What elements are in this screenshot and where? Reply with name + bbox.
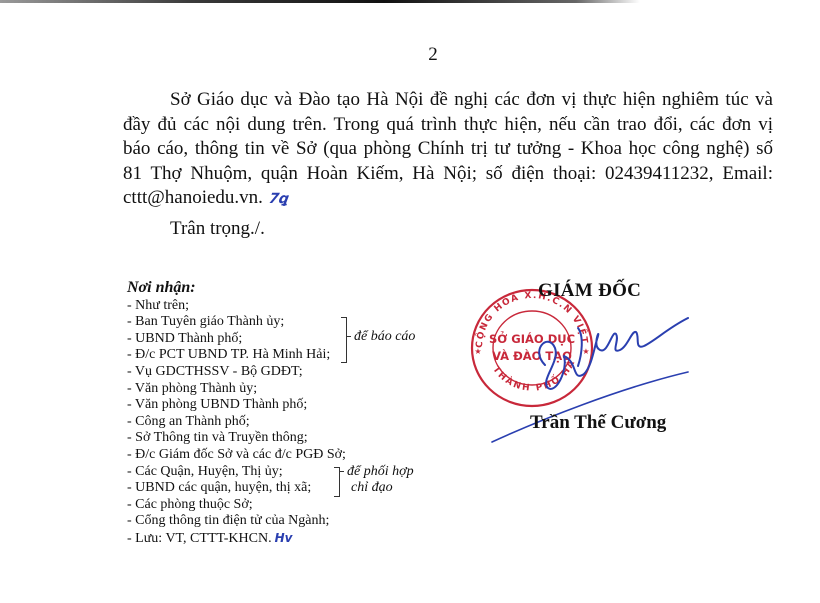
recipient-item: - UBND các quận, huyện, thị xã; xyxy=(127,480,346,497)
recipient-item: - Văn phòng UBND Thành phố; xyxy=(127,397,346,414)
signature-block: CỘNG HOÀ X.H.C.N VIỆT NAM THÀNH PHỐ HÀ N… xyxy=(460,270,690,450)
recipient-group-coordinate: - Các Quận, Huyện, Thị ủy; - UBND các qu… xyxy=(127,464,346,497)
recipient-item-archive: - Lưu: VT, CTTT-KHCN.Hv xyxy=(127,530,346,548)
body-line-last: cttt@hanoiedu.vn.7ꝗ xyxy=(123,186,773,212)
body-line: báo cáo, thông tin về Sở (qua phòng Chín… xyxy=(123,137,773,162)
scan-edge-artifact xyxy=(0,0,640,3)
recipient-item: - Công an Thành phố; xyxy=(127,414,346,431)
email-text: cttt@hanoiedu.vn. xyxy=(123,187,263,208)
body-line: Sở Giáo dục và Đào tạo Hà Nội đề nghị cá… xyxy=(123,88,773,113)
recipients-heading: Nơi nhận: xyxy=(127,280,346,297)
page-number: 2 xyxy=(0,44,820,66)
recipient-item: - Sở Thông tin và Truyền thông; xyxy=(127,430,346,447)
recipients-list: Nơi nhận: - Như trên; - Ban Tuyên giáo T… xyxy=(127,280,346,548)
recipient-item: - Vụ GDCTHSSV - Bộ GDĐT; xyxy=(127,364,346,381)
recipient-item: - Các Quận, Huyện, Thị ủy; xyxy=(127,464,346,481)
recipient-item: - Đ/c PCT UBND TP. Hà Minh Hải; xyxy=(127,347,346,364)
signer-name: Trần Thế Cương xyxy=(530,412,666,434)
closing-text: Trân trọng./. xyxy=(170,218,265,240)
recipient-group-report: - Ban Tuyên giáo Thành ủy; - UBND Thành … xyxy=(127,314,346,364)
recipient-item: - UBND Thành phố; xyxy=(127,331,346,348)
body-line: 81 Thợ Nhuộm, quận Hoàn Kiếm, Hà Nội; số… xyxy=(123,162,773,187)
staff-initials: Hv xyxy=(275,531,293,545)
recipient-item: - Đ/c Giám đốc Sở và các đ/c PGĐ Sở; xyxy=(127,447,346,464)
recipient-item: - Các phòng thuộc Sở; xyxy=(127,497,346,514)
recipient-item: - Văn phòng Thành ủy; xyxy=(127,381,346,398)
body-line: đầy đủ các nội dung trên. Trong quá trìn… xyxy=(123,113,773,138)
recipient-item: - Ban Tuyên giáo Thành ủy; xyxy=(127,314,346,331)
recipient-item: - Như trên; xyxy=(127,298,346,315)
group-note-coordinate: để phối hợpchỉ đạo xyxy=(339,464,414,497)
handwritten-initials: 7ꝗ xyxy=(267,187,291,212)
body-paragraph: Sở Giáo dục và Đào tạo Hà Nội đề nghị cá… xyxy=(123,88,773,212)
group-note-report: để báo cáo xyxy=(346,329,415,346)
recipient-item: - Cổng thông tin điện tử của Ngành; xyxy=(127,513,346,530)
